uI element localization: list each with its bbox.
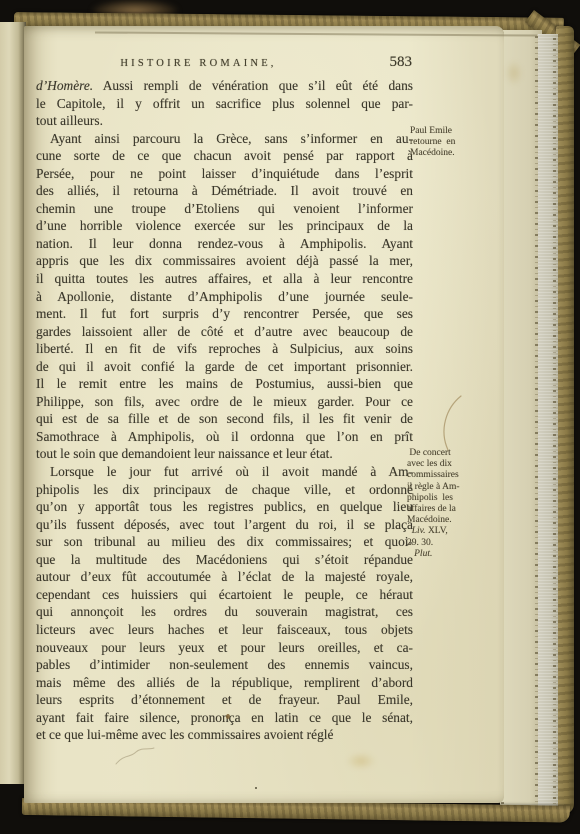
margin-note-line: commissaires: [407, 470, 493, 481]
text-block: HISTOIRE ROMAINE, 583 d’Homère. Aussi re…: [36, 56, 413, 744]
text-line: nouveaux pour leurs yeux et pour leurs o…: [36, 639, 413, 657]
text-line: Lorsque le jour fut arrivé où il avoit m…: [36, 463, 413, 481]
foxing-stain: [346, 752, 376, 770]
text-line: pables d’intimider non-seulement des enn…: [36, 656, 413, 674]
text-line: Samothrace à Amphipolis, où il ordonna q…: [36, 428, 413, 446]
margin-note-line: Paul Emile: [410, 126, 496, 137]
text-line: licteurs avec leurs haches et leur faisc…: [36, 621, 413, 639]
margin-note-line: retourne en: [410, 137, 496, 148]
text-line: cune sorte de ce que chacun avoit pensé …: [36, 147, 413, 165]
italic-text: Liv.: [412, 526, 426, 536]
page-number: 583: [390, 54, 413, 71]
text-line: nation. Il leur donna rendez-vous à Amph…: [36, 235, 413, 253]
text-line: à Apollonie, distante d’Amphipolis d’une…: [36, 288, 413, 306]
header-title: HISTOIRE ROMAINE,: [36, 58, 361, 69]
foxing-stain: [505, 60, 523, 86]
text-line: Persée, pour ne point laisser d’inquiétu…: [36, 165, 413, 183]
text-line: Philippe, son fils, avec ordre de le mie…: [36, 393, 413, 411]
text-line: Il le remit entre les mains de Postumius…: [36, 375, 413, 393]
margin-note-line: avec les dix: [407, 459, 493, 470]
margin-note-0: Paul Emileretourne enMacédoine.: [410, 126, 496, 160]
photo-background: { "book": { "header": { "title": "HISTOI…: [0, 0, 580, 834]
text-line: ment. Il fut fort surpris d’y rencontrer…: [36, 305, 413, 323]
text-line: et ce que lui-même avec les commissaires…: [36, 726, 413, 744]
margin-note-line: phipolis les: [407, 493, 493, 504]
text-line: appris que les dix commissaires avoient …: [36, 252, 413, 270]
text-line: gardes laissoient aller de côté et d’aut…: [36, 323, 413, 341]
text-line: Ayant ainsi parcouru la Grèce, sans s’in…: [36, 130, 413, 148]
margin-note-line: Macédoine.: [410, 148, 496, 159]
italic-text: d’Homère.: [36, 78, 93, 93]
text-line: tout le soin que demandoient leur naissa…: [36, 445, 413, 463]
page-edge-speckle: [535, 36, 538, 804]
margin-note-line: Plut.: [407, 549, 493, 560]
text-line: leurs esprits d’étonnement et de frayeur…: [36, 691, 413, 709]
book-cover-right-edge: [556, 26, 574, 814]
ink-stain: [226, 714, 230, 719]
text-line: tout ailleurs.: [36, 112, 413, 130]
text-line: des alliés, il retourna à Démétriade. Il…: [36, 182, 413, 200]
pen-mark: [435, 392, 475, 456]
text-line: ayant fait faire silence, prononça en la…: [36, 709, 413, 727]
margin-note-line: 29. 30.: [407, 538, 493, 549]
italic-text: Plut.: [414, 549, 432, 559]
margin-note-line: il règle à Am-: [407, 482, 493, 493]
text-line: qui annonçoit les ordres du souverain ma…: [36, 603, 413, 621]
text-line: qui est de sa fille et de son second fil…: [36, 410, 413, 428]
text-line: que la multitude des Macédoniens qui s’é…: [36, 551, 413, 569]
margin-note-line: Macédoine.: [407, 515, 493, 526]
text-line: qu’on y apportât tous les registres publ…: [36, 498, 413, 516]
margin-note-line: Liv. XLV,: [407, 526, 493, 537]
text-line: qu’ils fussent déposés, avec tout l’arge…: [36, 516, 413, 534]
text-line: cependant ces huissiers qui écartoient l…: [36, 586, 413, 604]
text-line: sur son tribunal au milieu des dix commi…: [36, 533, 413, 551]
text-line: chemin une troupe d’Etoliens qui venoien…: [36, 200, 413, 218]
facing-page-sliver: [0, 22, 26, 784]
text-line: mais même des alliés de la république, r…: [36, 674, 413, 692]
page-edge-speckle: [553, 38, 556, 804]
text-line: liberté. Il en fit de vifs reproches à S…: [36, 340, 413, 358]
text-line: autour d’eux fût accoutumée à l’éclat de…: [36, 568, 413, 586]
text-line: il quitta toutes les autres affaires, et…: [36, 270, 413, 288]
ink-stain: [255, 787, 257, 789]
margin-note-1: De concertavec les dixcommissairesil règ…: [407, 448, 493, 560]
faint-squiggle-mark: [112, 744, 158, 768]
text-body: d’Homère. Aussi rempli de vénération que…: [36, 77, 413, 744]
margin-note-line: affaires de la: [407, 504, 493, 515]
running-header: HISTOIRE ROMAINE, 583: [36, 56, 413, 74]
text-line: d’Homère. Aussi rempli de vénération que…: [36, 77, 413, 95]
text-line: le Capitole, il y offrit un sacrifice pl…: [36, 95, 413, 113]
text-line: de qui il avoit confié la garde de cet i…: [36, 358, 413, 376]
text-line: d’une horrible violence exercée sur les …: [36, 217, 413, 235]
text-line: phipolis les dix principaux de chaque vi…: [36, 481, 413, 499]
